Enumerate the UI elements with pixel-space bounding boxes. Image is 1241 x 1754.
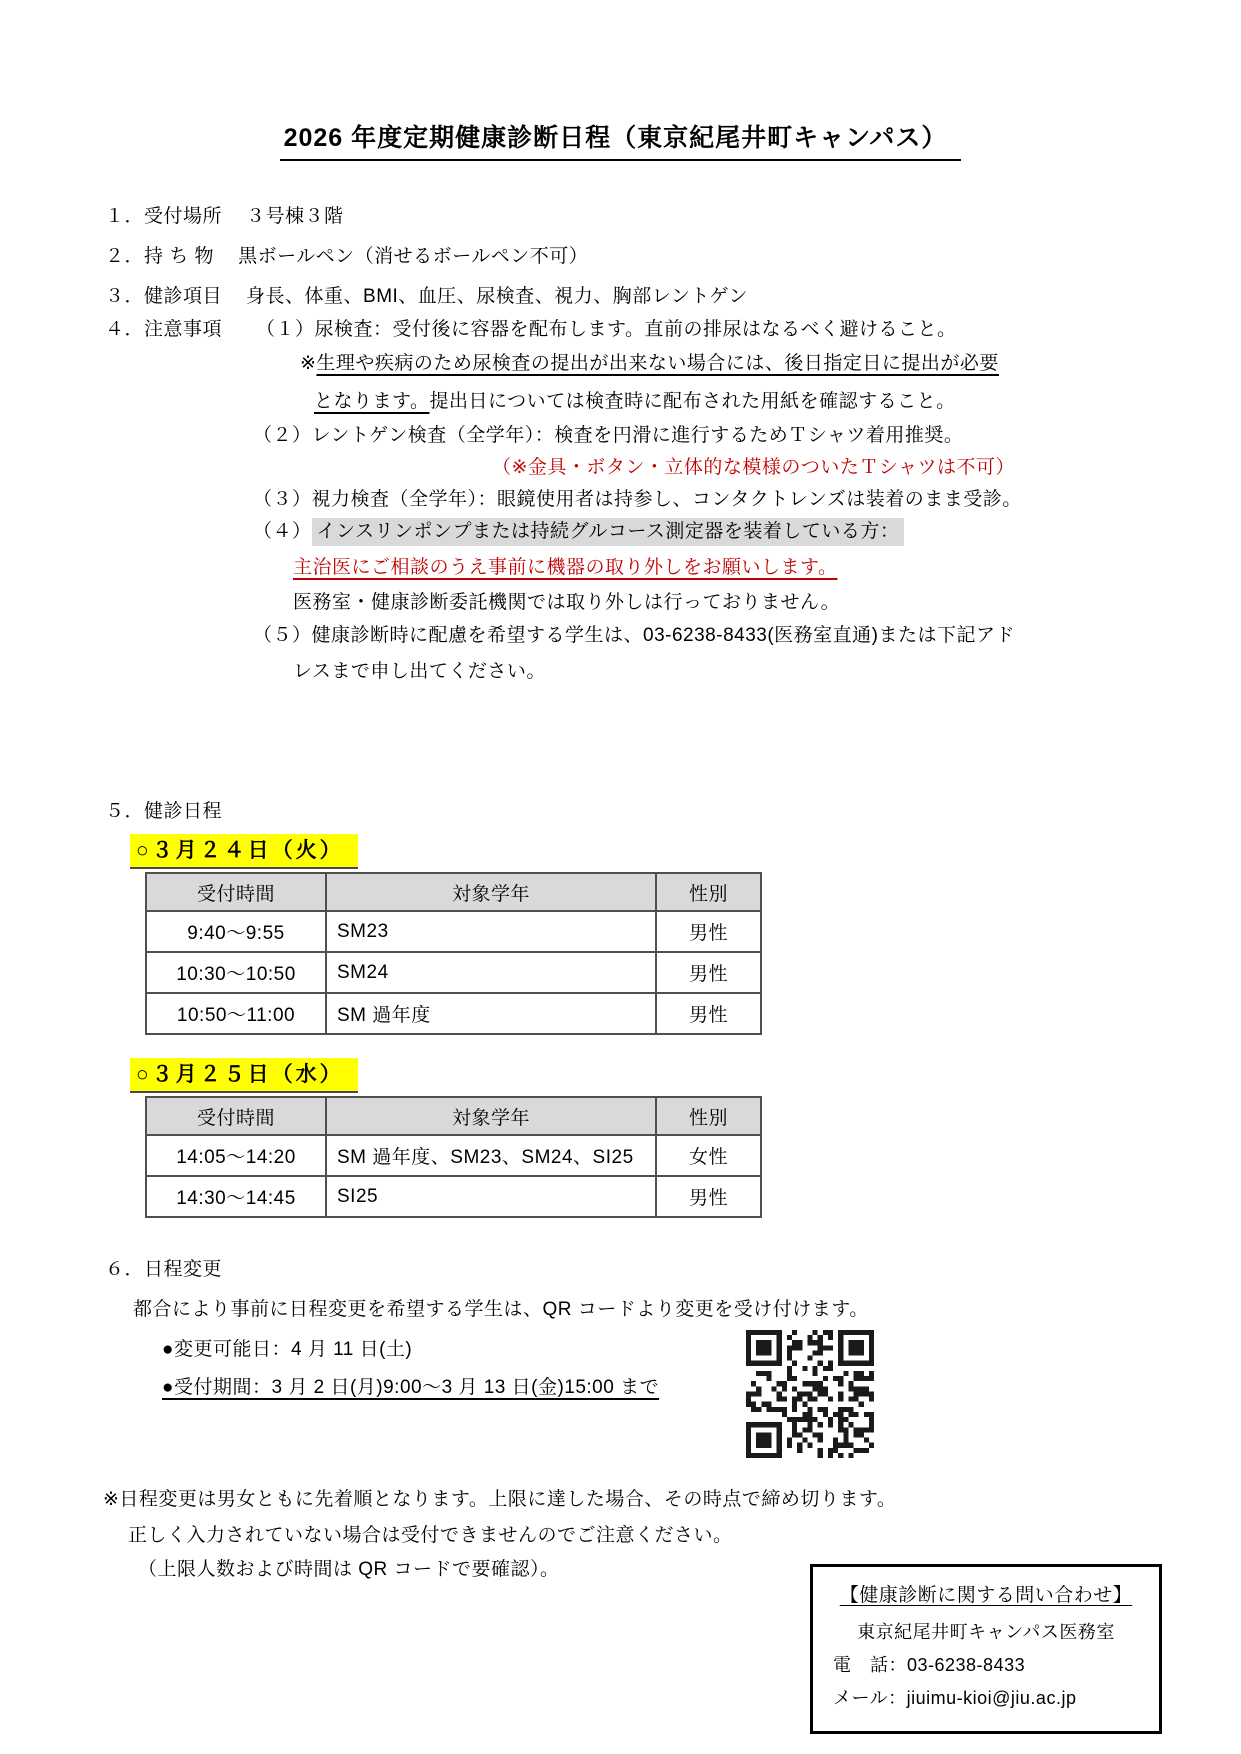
cell-time: 10:30～10:50 <box>146 952 326 993</box>
note-4-sub: 医務室・健康診断委託機関では取り外しは行っておりません。 <box>293 591 840 615</box>
note-4-sub-text: 医務室・健康診断委託機関では取り外しは行っておりません。 <box>293 592 840 613</box>
cell-grade: SM 過年度、SM23、SM24、SI25 <box>326 1135 656 1176</box>
note-3-num: （３） <box>253 489 312 510</box>
cell-time: 14:05～14:20 <box>146 1135 326 1176</box>
item-4-label: ４．注意事項 <box>105 319 222 340</box>
footnote-3-text: （上限人数および時間は QR コードで要確認）。 <box>138 1559 560 1580</box>
note-2-text: レントゲン検査（全学年）：検査を円滑に進行するためＴシャツ着用推奨。 <box>312 425 964 446</box>
change-bullet-2: ●受付期間：3 月 2 日(月)9:00～3 月 13 日(金)15:00 まで <box>162 1376 659 1400</box>
date-heading-1: ○３月２４日（火） <box>130 834 358 869</box>
table-row: 10:30～10:50 SM24 男性 <box>146 952 761 993</box>
item-3: ３．健診項目身長、体重、BMI、血圧、尿検査、視力、胸部レントゲン <box>105 285 748 309</box>
note-4-highlighted: インスリンポンプまたは持続グルコース測定器を装着している方： <box>312 518 905 546</box>
note-5-num: （５） <box>253 625 312 646</box>
note-1-text: 尿検査：受付後に容器を配布します。直前の排尿はなるべく避けること。 <box>315 319 957 340</box>
item-3-label: ３．健診項目 <box>105 286 222 307</box>
section-6-label: ６．日程変更 <box>105 1259 222 1280</box>
note-1-sub-2: となります。提出日については検査時に配布された用紙を確認すること。 <box>314 390 956 414</box>
qr-code <box>746 1330 874 1458</box>
section-6-heading: ６．日程変更 <box>105 1258 222 1282</box>
item-1: １．受付場所３号棟３階 <box>105 205 344 229</box>
document-page: 2026 年度定期健康診断日程（東京紀尾井町キャンパス） １．受付場所３号棟３階… <box>0 0 1241 1754</box>
cell-grade: SM 過年度 <box>326 993 656 1034</box>
cell-gender: 男性 <box>656 911 761 952</box>
footnote-2: 正しく入力されていない場合は受付できませんのでご注意ください。 <box>128 1524 733 1548</box>
date-heading-1-text: ○３月２４日（火） <box>130 834 358 869</box>
item-2-label: ２．持 ち 物 <box>105 246 214 267</box>
item-3-value: 身長、体重、BMI、血圧、尿検査、視力、胸部レントゲン <box>246 286 748 307</box>
header-grade: 対象学年 <box>326 873 656 911</box>
item-2: ２．持 ち 物黒ボールペン（消せるボールペン不可） <box>105 245 588 269</box>
note-1-sub-2-underlined: となります。 <box>314 391 429 412</box>
change-bullet-1-text: ●変更可能日：4 月 11 日(土) <box>162 1339 412 1360</box>
cell-grade: SM23 <box>326 911 656 952</box>
note-1-num: （１） <box>256 319 315 340</box>
note-3-text: 視力検査（全学年）：眼鏡使用者は持参し、コンタクトレンズは装着のまま受診。 <box>312 489 1022 510</box>
change-intro-text: 都合により事前に日程変更を希望する学生は、QR コードより変更を受け付けます。 <box>133 1299 869 1320</box>
item-2-value: 黒ボールペン（消せるボールペン不可） <box>238 246 588 267</box>
note-1-sub-1: ※生理や疾病のため尿検査の提出が出来ない場合には、後日指定日に提出が必要 <box>300 352 999 376</box>
note-2-warning-text: （※金具・ボタン・立体的な模様のついたＴシャツは不可） <box>492 457 1015 478</box>
contact-title: 【健康診断に関する問い合わせ】 <box>827 1580 1145 1607</box>
date-heading-2-text: ○３月２５日（水） <box>130 1058 358 1093</box>
change-bullet-2-text: ●受付期間：3 月 2 日(月)9:00～3 月 13 日(金)15:00 まで <box>162 1377 659 1398</box>
cell-gender: 女性 <box>656 1135 761 1176</box>
note-4-num: （４） <box>253 521 312 542</box>
cell-time: 14:30～14:45 <box>146 1176 326 1217</box>
table-1-header-row: 受付時間 対象学年 性別 <box>146 873 761 911</box>
header-grade: 対象学年 <box>326 1097 656 1135</box>
cell-gender: 男性 <box>656 993 761 1034</box>
item-1-value: ３号棟３階 <box>246 206 344 227</box>
contact-box: 【健康診断に関する問い合わせ】 東京紀尾井町キャンパス医務室 電 話：03-62… <box>810 1564 1162 1734</box>
note-5-text: 健康診断時に配慮を希望する学生は、03-6238-8433(医務室直通)または下… <box>312 625 1015 646</box>
schedule-table-1: 受付時間 対象学年 性別 9:40～9:55 SM23 男性 10:30～10:… <box>145 872 762 1035</box>
contact-org: 東京紀尾井町キャンパス医務室 <box>827 1616 1145 1649</box>
item-4-note-1: ４．注意事項（１）尿検査：受付後に容器を配布します。直前の排尿はなるべく避けるこ… <box>105 318 957 342</box>
date-heading-2: ○３月２５日（水） <box>130 1058 358 1093</box>
footnote-2-text: 正しく入力されていない場合は受付できませんのでご注意ください。 <box>128 1525 733 1546</box>
note-2-num: （２） <box>253 425 312 446</box>
contact-email: メール：jiuimu-kioi@jiu.ac.jp <box>827 1682 1145 1715</box>
cell-grade: SI25 <box>326 1176 656 1217</box>
table-row: 9:40～9:55 SM23 男性 <box>146 911 761 952</box>
note-1-sub-1-underlined: 生理や疾病のため尿検査の提出が出来ない場合には、後日指定日に提出が必要 <box>316 353 999 374</box>
cell-gender: 男性 <box>656 1176 761 1217</box>
cell-gender: 男性 <box>656 952 761 993</box>
table-row: 14:05～14:20 SM 過年度、SM23、SM24、SI25 女性 <box>146 1135 761 1176</box>
footnote-1-text: ※日程変更は男女ともに先着順となります。上限に達した場合、その時点で締め切ります… <box>103 1489 896 1510</box>
note-4: （４）インスリンポンプまたは持続グルコース測定器を装着している方： <box>253 520 904 544</box>
page-title-text: 2026 年度定期健康診断日程（東京紀尾井町キャンパス） <box>280 118 962 161</box>
note-4-warning-text: 主治医にご相談のうえ事前に機器の取り外しをお願いします。 <box>293 557 837 578</box>
note-2-warning: （※金具・ボタン・立体的な模様のついたＴシャツは不可） <box>492 456 1015 480</box>
table-2-header-row: 受付時間 対象学年 性別 <box>146 1097 761 1135</box>
header-time: 受付時間 <box>146 873 326 911</box>
cell-time: 10:50～11:00 <box>146 993 326 1034</box>
cell-time: 9:40～9:55 <box>146 911 326 952</box>
note-1-sub-1-mark: ※ <box>300 353 316 374</box>
note-5-sub: レスまで申し出てください。 <box>293 660 546 684</box>
change-bullet-1: ●変更可能日：4 月 11 日(土) <box>162 1338 412 1362</box>
section-5-label: ５．健診日程 <box>105 801 222 822</box>
table-row: 10:50～11:00 SM 過年度 男性 <box>146 993 761 1034</box>
note-5-sub-text: レスまで申し出てください。 <box>293 661 546 682</box>
footnote-1: ※日程変更は男女ともに先着順となります。上限に達した場合、その時点で締め切ります… <box>103 1488 896 1512</box>
note-4-warning: 主治医にご相談のうえ事前に機器の取り外しをお願いします。 <box>293 556 837 580</box>
header-time: 受付時間 <box>146 1097 326 1135</box>
section-5-heading: ５．健診日程 <box>105 800 222 824</box>
page-title: 2026 年度定期健康診断日程（東京紀尾井町キャンパス） <box>0 118 1241 161</box>
note-2: （２）レントゲン検査（全学年）：検査を円滑に進行するためＴシャツ着用推奨。 <box>253 424 963 448</box>
note-1-sub-2-rest: 提出日については検査時に配布された用紙を確認すること。 <box>429 391 955 412</box>
note-5: （５）健康診断時に配慮を希望する学生は、03-6238-8433(医務室直通)ま… <box>253 624 1015 648</box>
header-gender: 性別 <box>656 1097 761 1135</box>
footnote-3: （上限人数および時間は QR コードで要確認）。 <box>138 1558 560 1582</box>
change-intro: 都合により事前に日程変更を希望する学生は、QR コードより変更を受け付けます。 <box>133 1298 869 1322</box>
item-1-label: １．受付場所 <box>105 206 222 227</box>
contact-phone: 電 話：03-6238-8433 <box>827 1649 1145 1682</box>
schedule-table-2: 受付時間 対象学年 性別 14:05～14:20 SM 過年度、SM23、SM2… <box>145 1096 762 1218</box>
note-3: （３）視力検査（全学年）：眼鏡使用者は持参し、コンタクトレンズは装着のまま受診。 <box>253 488 1022 512</box>
cell-grade: SM24 <box>326 952 656 993</box>
header-gender: 性別 <box>656 873 761 911</box>
table-row: 14:30～14:45 SI25 男性 <box>146 1176 761 1217</box>
